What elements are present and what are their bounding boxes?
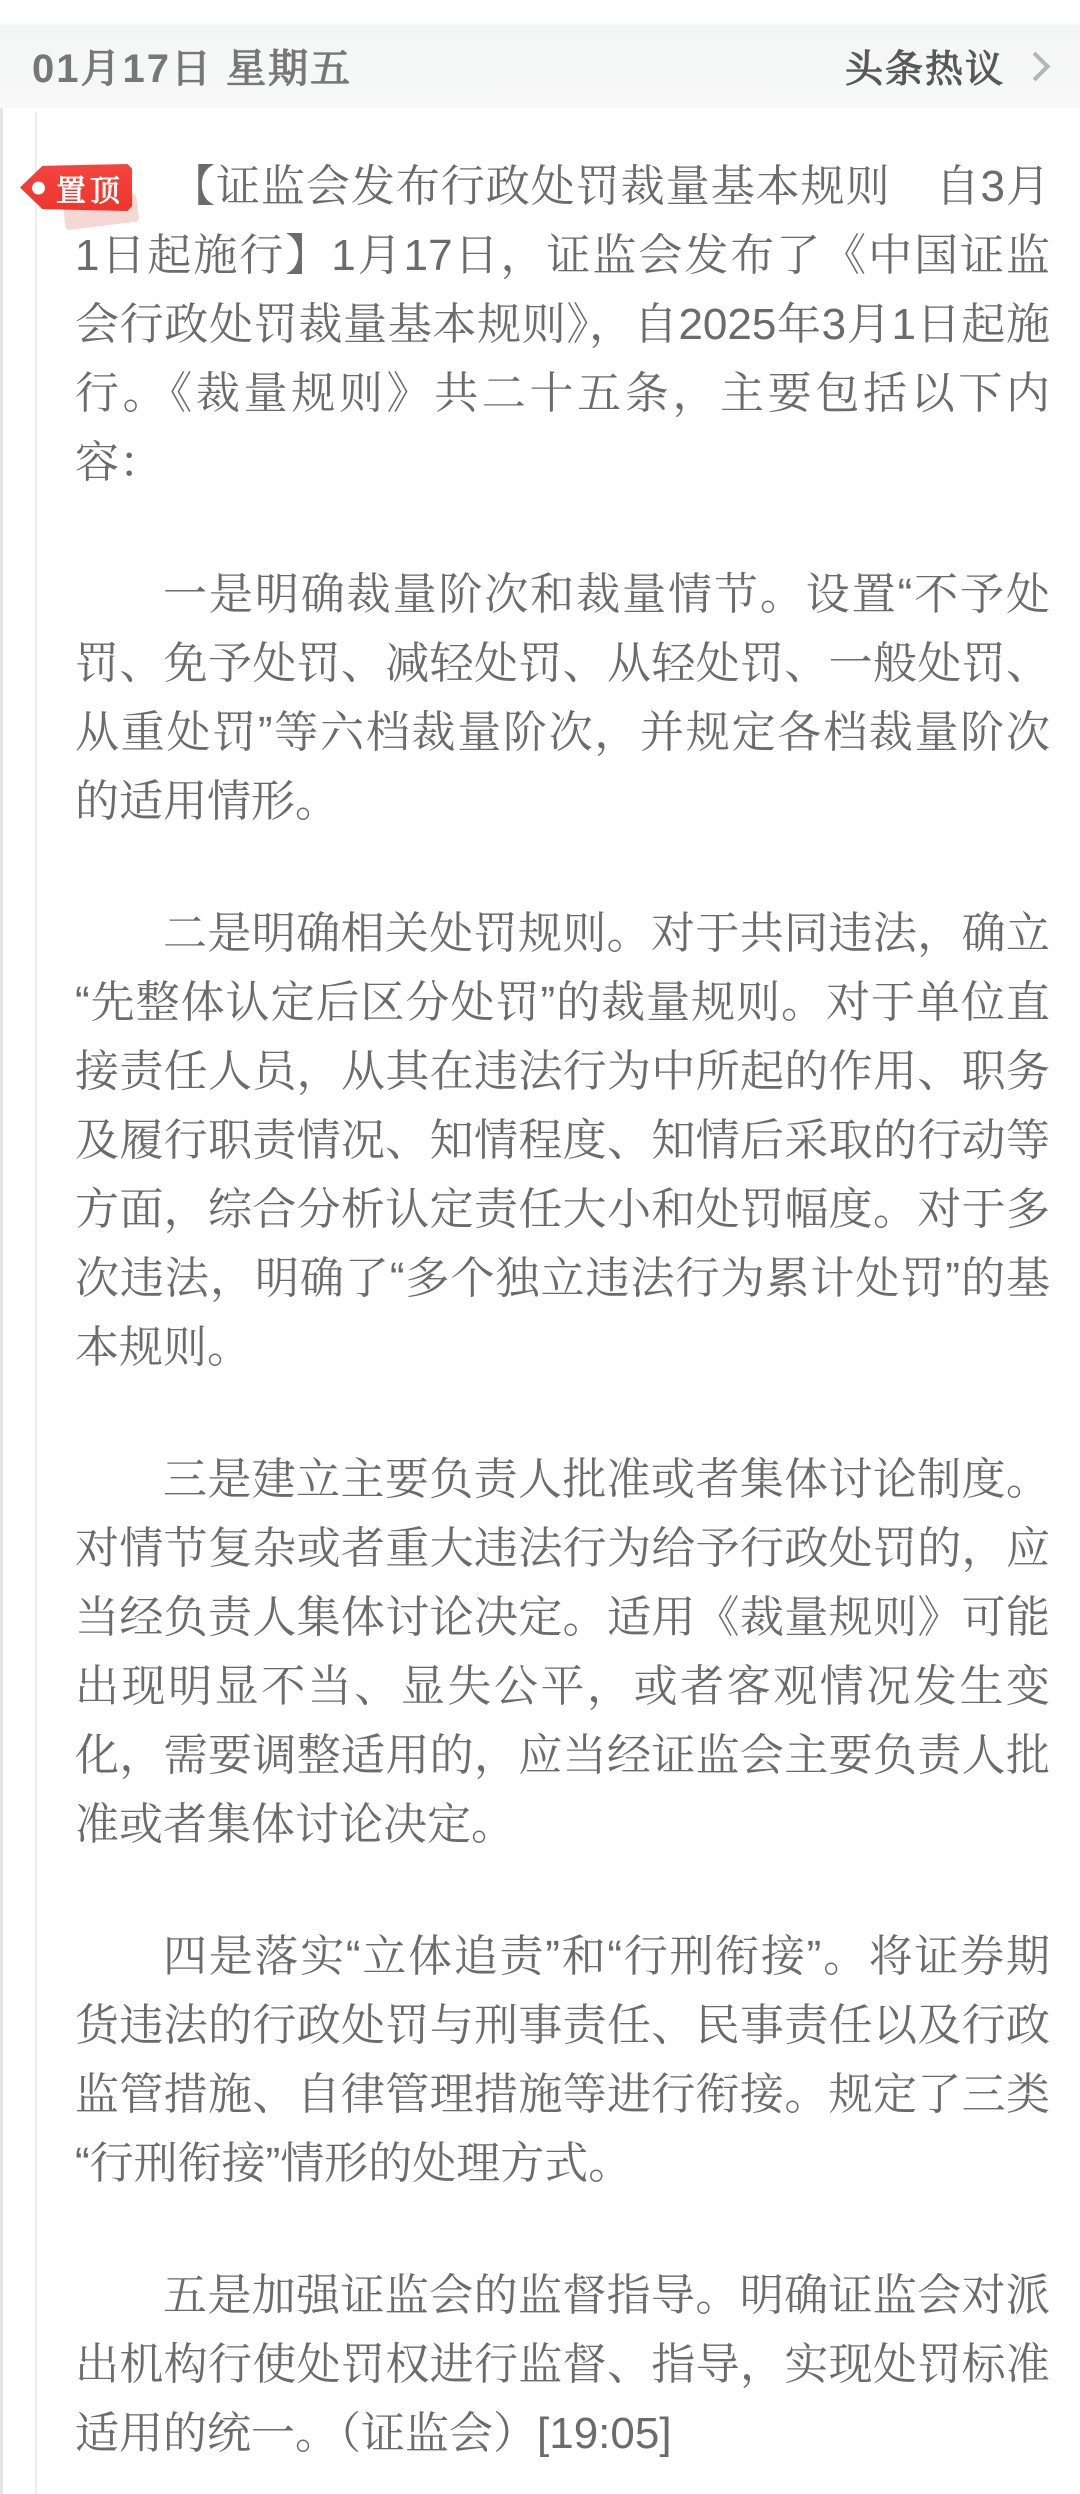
- pin-badge: 置顶: [20, 164, 132, 211]
- chevron-right-icon: [1021, 51, 1051, 81]
- news-flash-page: { "header": { "date": "01月17日 星期五", "sec…: [0, 0, 1080, 2494]
- article-paragraph: 三是建立主要负责人批准或者集体讨论制度。对情节复杂或者重大违法行为给予行政处罚的…: [75, 1445, 1050, 1859]
- date-header: 01月17日 星期五 头条热议: [0, 0, 1080, 108]
- news-article-item[interactable]: 置顶 【证监会发布行政处罚裁量基本规则 自3月1日起施行】1月17日，证监会发布…: [0, 108, 1080, 2468]
- pin-tag-hole-icon: [32, 181, 45, 194]
- pin-tag-shape: 置顶: [20, 164, 132, 211]
- date-label: 01月17日 星期五: [32, 37, 352, 94]
- article-paragraphs: 【证监会发布行政处罚裁量基本规则 自3月1日起施行】1月17日，证监会发布了《中…: [75, 152, 1050, 2468]
- article-paragraph: 【证监会发布行政处罚裁量基本规则 自3月1日起施行】1月17日，证监会发布了《中…: [75, 152, 1050, 497]
- pin-badge-label: 置顶: [56, 166, 124, 210]
- headline-hot-link[interactable]: 头条热议: [845, 38, 1046, 93]
- article-paragraph: 二是明确相关处罚规则。对于共同违法，确立“先整体认定后区分处罚”的裁量规则。对于…: [75, 899, 1050, 1382]
- article-paragraph: 四是落实“立体追责”和“行刑衔接”。将证券期货违法的行政处罚与刑事责任、民事责任…: [75, 1922, 1050, 2198]
- article-paragraph: 一是明确裁量阶次和裁量情节。设置“不予处罚、免予处罚、减轻处罚、从轻处罚、一般处…: [75, 560, 1050, 836]
- headline-hot-label: 头条热议: [845, 38, 1005, 93]
- article-paragraph: 五是加强证监会的监督指导。明确证监会对派出机构行使处罚权进行监督、指导，实现处罚…: [75, 2261, 1050, 2468]
